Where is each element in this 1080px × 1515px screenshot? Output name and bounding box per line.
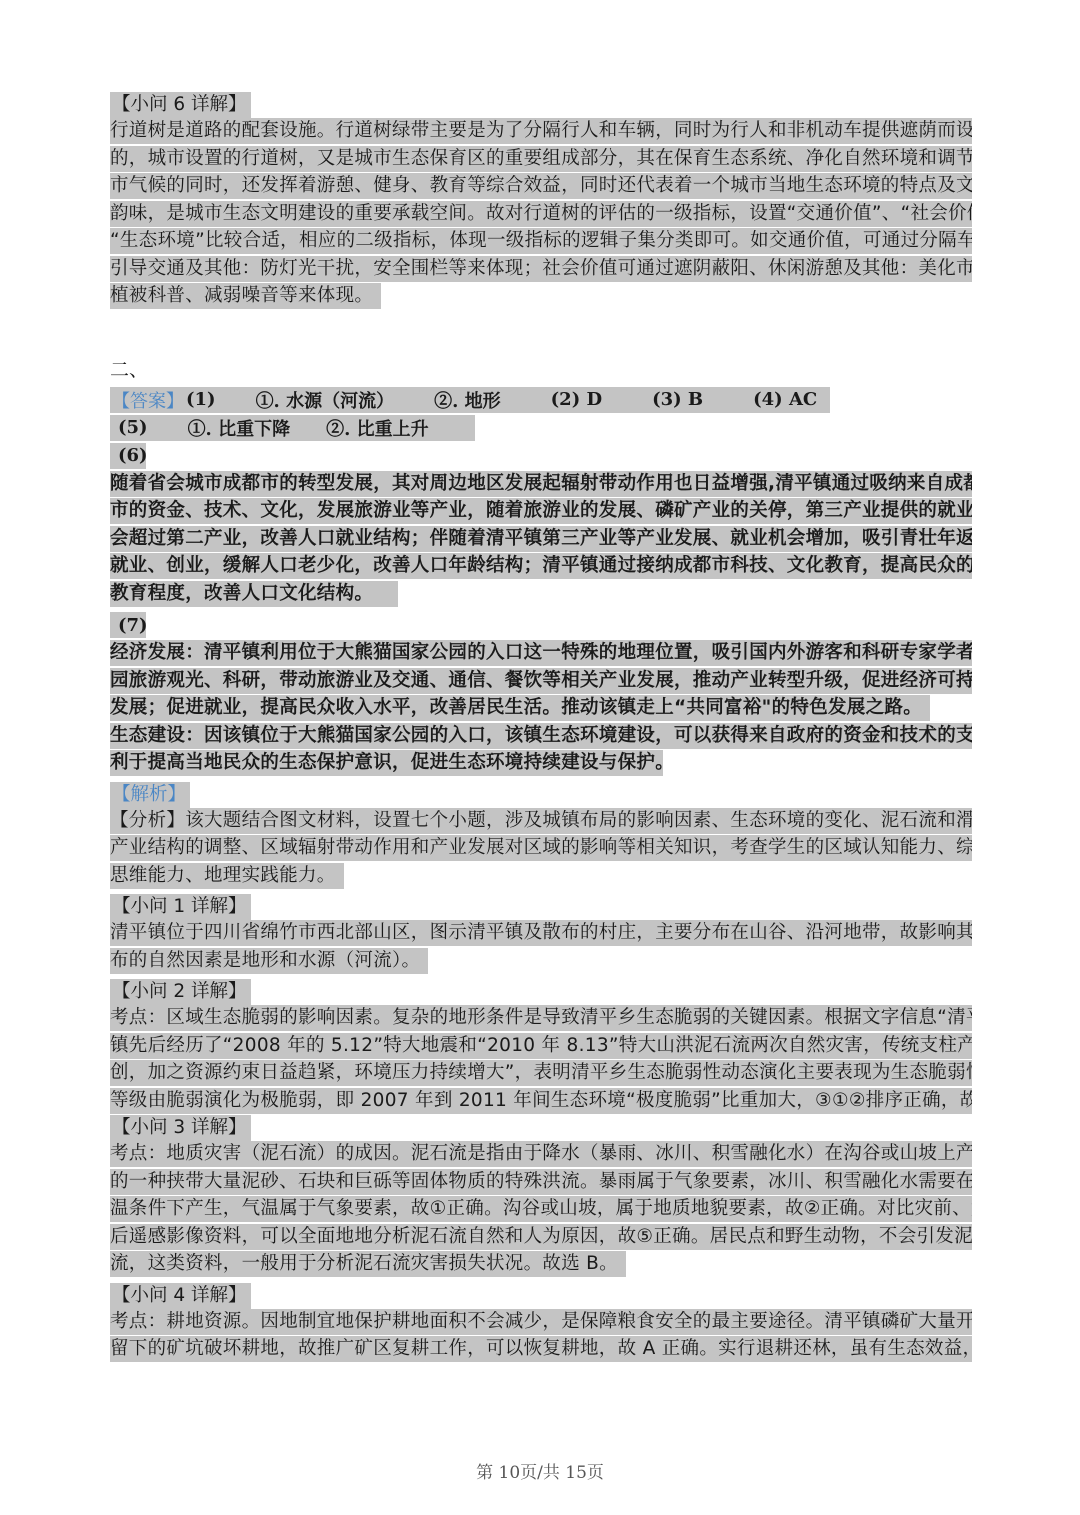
q6-detail-body: 行道树是道路的配套设施。行道树绿带主要是为了分隔行人和车辆，同时为行人和非机动车…: [110, 118, 972, 315]
answer-item: (1): [186, 389, 216, 410]
text-line: 教育程度，改善人口文化结构。: [110, 581, 398, 607]
answer-row-2: (5) ①. 比重下降 ②. 比重上升: [110, 415, 475, 441]
answer-section: 【答案】 (1) ①. 水源（河流） ②. 地形 (2) D (3) B (4)…: [110, 387, 972, 782]
text-line: 镇先后经历了“2008 年的 5.12”特大地震和“2010 年 8.13”特大…: [110, 1033, 972, 1059]
analysis-body: 【分析】该大题结合图文材料，设置七个小题，涉及城镇布局的影响因素、生态环境的变化…: [110, 808, 972, 895]
answer-label: 【答案】: [112, 387, 184, 413]
q6-detail-section: 【小问 6 详解】 行道树是道路的配套设施。行道树绿带主要是为了分隔行人和车辆，…: [110, 92, 972, 315]
text-line: 的一种挟带大量泥砂、石块和巨砾等固体物质的特殊洪流。暴雨属于气象要素，冰川、积雪…: [110, 1169, 972, 1195]
q6-detail-label: 【小问 6 详解】: [110, 92, 251, 118]
text-line: 生态建设：因该镇位于大熊猫国家公园的入口，该镇生态环境建设，可以获得来自政府的资…: [110, 723, 972, 749]
text-line: “生态环境”比较合适，相应的二级指标，体现一级指标的逻辑子集分类即可。如交通价值…: [110, 228, 972, 254]
text-line: 思维能力、地理实践能力。: [110, 863, 344, 889]
answer-item: ①. 水源（河流）: [256, 387, 395, 413]
text-line: 考点：耕地资源。因地制宜地保护耕地面积不会减少，是保障粮食安全的最主要途径。清平…: [110, 1309, 972, 1335]
answer-row-1: 【答案】 (1) ①. 水源（河流） ②. 地形 (2) D (3) B (4)…: [110, 387, 830, 413]
analysis-label: 【解析】: [110, 782, 190, 808]
text-line: 温条件下产生，气温属于气象要素，故①正确。沟谷或山坡，属于地质地貌要素，故②正确…: [110, 1196, 972, 1222]
text-line: 的，城市设置的行道树，又是城市生态保育区的重要组成部分，其在保育生态系统、净化自…: [110, 146, 972, 172]
text-line: 留下的矿坑破坏耕地，故推广矿区复耕工作，可以恢复耕地，故 A 正确。实行退耕还林…: [110, 1336, 972, 1362]
answer-q7-body: 经济发展：清平镇利用位于大熊猫国家公园的入口这一特殊的地理位置，吸引国内外游客和…: [110, 640, 972, 782]
answer-item: (2) D: [551, 389, 602, 410]
text-line: 园旅游观光、科研，带动旅游业及交通、通信、餐饮等相关产业发展，推动产业转型升级，…: [110, 668, 972, 694]
answer-item: ②. 比重上升: [326, 415, 429, 441]
answer-item: (3) B: [652, 389, 703, 410]
q2-detail-body: 考点：区域生态脆弱的影响因素。复杂的地形条件是导致清平乡生态脆弱的关键因素。根据…: [110, 1005, 972, 1114]
answer-row-6-num: (6): [110, 443, 146, 469]
document-page: 【小问 6 详解】 行道树是道路的配套设施。行道树绿带主要是为了分隔行人和车辆，…: [110, 92, 972, 1364]
q2-detail-label: 【小问 2 详解】: [110, 979, 251, 1005]
q1-detail-label: 【小问 1 详解】: [110, 894, 251, 920]
text-line: 利于提高当地民众的生态保护意识，促进生态环境持续建设与保护。: [110, 750, 663, 776]
q4-detail-label: 【小问 4 详解】: [110, 1283, 251, 1309]
text-line: 产业结构的调整、区域辐射带动作用和产业发展对区域的影响等相关知识，考查学生的区域…: [110, 835, 972, 861]
text-line: 引导交通及其他：防灯光干扰，安全围栏等来体现；社会价值可通过遮阴蔽阳、休闲游憩及…: [110, 256, 972, 282]
text-line: 植被科普、减弱噪音等来体现。: [110, 283, 381, 309]
text-line: 会超过第二产业，改善人口就业结构；伴随着清平镇第三产业等产业发展、就业机会增加，…: [110, 526, 972, 552]
text-line: 后遥感影像资料，可以全面地地分析泥石流自然和人为原因，故⑤正确。居民点和野生动物…: [110, 1224, 972, 1250]
answer-q6-body: 随着省会城市成都市的转型发展，其对周边地区发展起辐射带动作用也日益增强,清平镇通…: [110, 471, 972, 613]
text-line: 布的自然因素是地形和水源（河流）。: [110, 948, 428, 974]
text-line: 清平镇位于四川省绵竹市西北部山区，图示清平镇及散布的村庄，主要分布在山谷、沿河地…: [110, 920, 972, 946]
answer-item: (6): [118, 445, 148, 466]
text-line: 随着省会城市成都市的转型发展，其对周边地区发展起辐射带动作用也日益增强,清平镇通…: [110, 471, 972, 497]
answer-item: ①. 比重下降: [188, 415, 291, 441]
text-line: 发展；促进就业，提高民众收入水平，改善居民生活。推动该镇走上“共同富裕"的特色发…: [110, 695, 930, 721]
q4-detail-body: 考点：耕地资源。因地制宜地保护耕地面积不会减少，是保障粮食安全的最主要途径。清平…: [110, 1309, 972, 1363]
answer-item: (7): [118, 615, 148, 636]
section-number: 二、: [110, 355, 972, 381]
text-line: 就业、创业，缓解人口老少化，改善人口年龄结构；清平镇通过接纳成都市科技、文化教育…: [110, 553, 972, 579]
analysis-section: 【解析】 【分析】该大题结合图文材料，设置七个小题，涉及城镇布局的影响因素、生态…: [110, 782, 972, 1363]
text-line: 经济发展：清平镇利用位于大熊猫国家公园的入口这一特殊的地理位置，吸引国内外游客和…: [110, 640, 972, 666]
answer-row-7-num: (7): [110, 612, 146, 638]
q3-detail-body: 考点：地质灾害（泥石流）的成因。泥石流是指由于降水（暴雨、冰川、积雪融化水）在沟…: [110, 1141, 972, 1283]
page-indicator: 第 10页/共 15页: [0, 1458, 1080, 1483]
q3-detail-label: 【小问 3 详解】: [110, 1115, 251, 1141]
answer-item: (5): [118, 417, 148, 438]
q1-detail-body: 清平镇位于四川省绵竹市西北部山区，图示清平镇及散布的村庄，主要分布在山谷、沿河地…: [110, 920, 972, 979]
text-line: 考点：地质灾害（泥石流）的成因。泥石流是指由于降水（暴雨、冰川、积雪融化水）在沟…: [110, 1141, 972, 1167]
text-line: 市的资金、技术、文化，发展旅游业等产业，随着旅游业的发展、磷矿产业的关停，第三产…: [110, 498, 972, 524]
text-line: 等级由脆弱演化为极脆弱，即 2007 年到 2011 年间生态环境“极度脆弱”比…: [110, 1088, 972, 1114]
answer-item: (4) AC: [753, 389, 817, 410]
text-line: 创，加之资源约束日益趋紧，环境压力持续增大”，表明清平乡生态脆弱性动态演化主要表…: [110, 1060, 972, 1086]
text-line: 韵味，是城市生态文明建设的重要承载空间。故对行道树的评估的一级指标，设置“交通价…: [110, 201, 972, 227]
text-line: 【分析】该大题结合图文材料，设置七个小题，涉及城镇布局的影响因素、生态环境的变化…: [110, 808, 972, 834]
text-line: 流，这类资料，一般用于分析泥石流灾害损失状况。故选 B。: [110, 1251, 626, 1277]
answer-item: ②. 地形: [434, 387, 501, 413]
text-line: 市气候的同时，还发挥着游憩、健身、教育等综合效益，同时还代表着一个城市当地生态环…: [110, 173, 972, 199]
text-line: 考点：区域生态脆弱的影响因素。复杂的地形条件是导致清平乡生态脆弱的关键因素。根据…: [110, 1005, 972, 1031]
text-line: 行道树是道路的配套设施。行道树绿带主要是为了分隔行人和车辆，同时为行人和非机动车…: [110, 118, 972, 144]
